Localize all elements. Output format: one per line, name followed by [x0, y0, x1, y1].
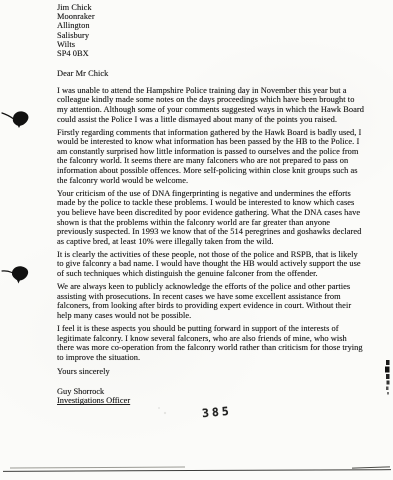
letter-paragraph: I feel it is these aspects you should be… — [57, 324, 364, 362]
ink-blob-icon — [1, 107, 32, 132]
letter-paragraph: It is clearly the activities of these pe… — [57, 250, 364, 279]
recipient-address-line: Moonraker — [57, 12, 364, 21]
page-number-stamp: 385 — [201, 404, 232, 421]
recipient-address-line: Jim Chick — [57, 3, 364, 12]
recipient-address-line: SP4 0BX — [57, 49, 364, 58]
letter-paragraph: I was unable to attend the Hampshire Pol… — [57, 86, 364, 124]
recipient-address-line: Salisbury — [57, 31, 364, 40]
edge-scan-mark — [383, 360, 391, 396]
faint-smudge-mark — [156, 406, 170, 416]
scanned-letter-page: Jim Chick Moonraker Allington Salisbury … — [0, 0, 393, 480]
recipient-address: Jim Chick Moonraker Allington Salisbury … — [57, 3, 364, 58]
letter-paragraph: We are always keen to publicly acknowled… — [57, 282, 364, 320]
signature-title: Investigations Officer — [57, 396, 130, 405]
letter-paragraph: Your criticism of the use of DNA fingerp… — [57, 189, 364, 247]
ink-blob-icon — [1, 262, 32, 287]
signature-name: Guy Shorrock — [57, 387, 130, 396]
letter-paragraph: Firstly regarding comments that informat… — [57, 128, 364, 186]
scan-line-bottom — [3, 469, 391, 472]
scan-line-echo — [10, 467, 185, 469]
recipient-address-line: Allington — [57, 21, 364, 30]
letter-body: Jim Chick Moonraker Allington Salisbury … — [57, 3, 364, 377]
closing-valediction: Yours sincerely — [57, 367, 364, 377]
signature-block: Guy Shorrock Investigations Officer — [57, 387, 130, 406]
recipient-address-line: Wilts — [57, 40, 364, 49]
salutation: Dear Mr Chick — [57, 69, 364, 79]
